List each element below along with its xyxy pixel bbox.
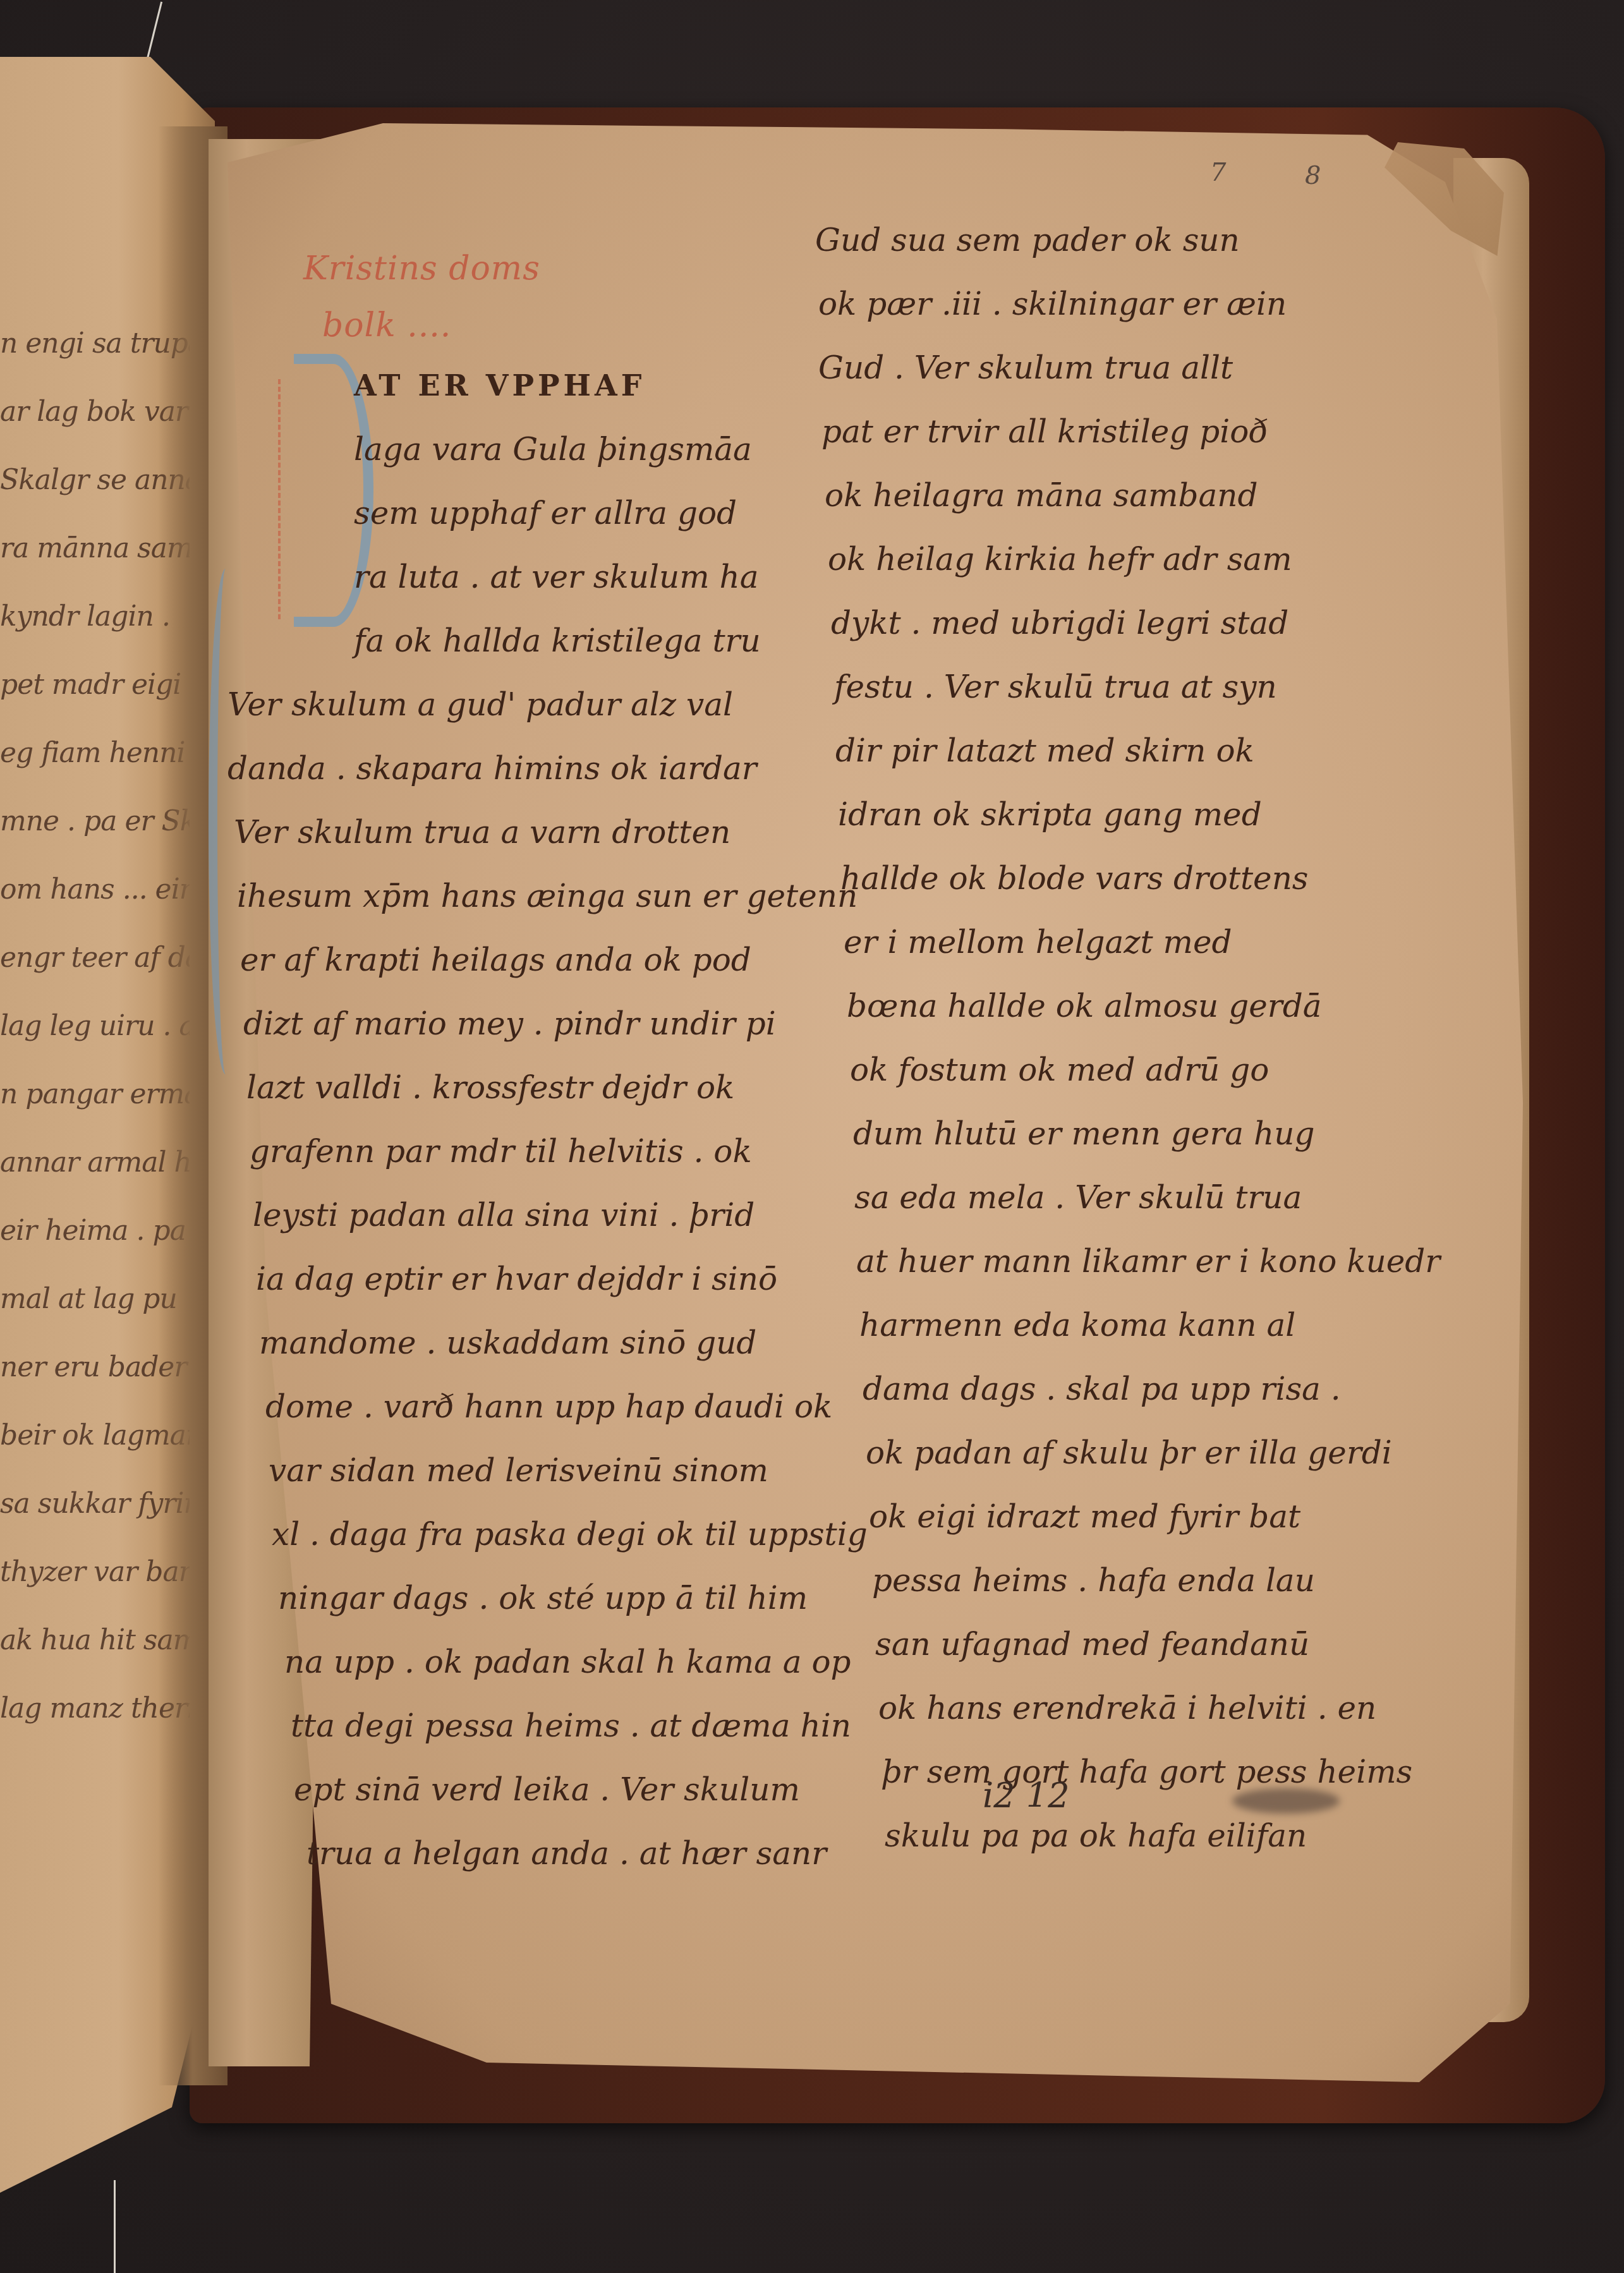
text-line: er i mellom helgazt med	[844, 911, 1440, 974]
rubric-line: Kristins doms	[278, 240, 746, 297]
text-line: fa ok hallda kristilega tru	[354, 609, 868, 673]
text-line: leysti padan alla sina vini . þrid	[253, 1184, 868, 1247]
text-line: ok heilagra māna samband	[825, 464, 1440, 528]
text-line: idran ok skripta gang med	[838, 783, 1440, 847]
text-line: skulu pa pa ok hafa eilifan	[885, 1804, 1440, 1868]
text-line: pessa heims . hafa enda lau	[872, 1549, 1440, 1613]
text-line: dir pir latazt med skirn ok	[835, 719, 1440, 783]
text-line: grafenn par mdr til helvitis . ok	[250, 1120, 868, 1184]
text-line: mandome . uskaddam sinō gud	[259, 1311, 868, 1375]
text-line: dum hlutū er menn gera hug	[853, 1102, 1440, 1166]
text-line: bœna hallde ok almosu gerdā	[847, 974, 1440, 1038]
text-line: lazt valldi . krossfestr dejdr ok	[246, 1056, 868, 1120]
text-line: Gud sua sem pader ok sun	[815, 209, 1440, 272]
text-line: ok heilag kirkia hefr adr sam	[828, 528, 1440, 591]
text-line: xl . daga fra paska degi ok til uppstig	[272, 1503, 868, 1567]
folio-number: 8	[1305, 161, 1321, 190]
text-line: ept sinā verd leika . Ver skulum	[294, 1758, 868, 1822]
text-line: ningar dags . ok sté upp ā til him	[278, 1567, 868, 1630]
text-line: at huer mann likamr er i kono kuedr	[856, 1230, 1440, 1294]
text-line: dama dags . skal pa upp risa .	[863, 1357, 1440, 1421]
text-line: Gud . Ver skulum trua allt	[818, 336, 1440, 400]
folio-number-old: 7	[1210, 158, 1226, 187]
text-line: laga vara Gula þingsmāa	[354, 418, 868, 482]
text-line: ok pær .iii . skilningar er æin	[818, 272, 1440, 336]
pencil-marks: i2 12	[983, 1776, 1070, 1815]
text-line: ok eigi idrazt med fyrir bat	[869, 1485, 1440, 1549]
incipit-heading: AT ER VPPHAF	[354, 354, 868, 418]
text-line: dykt . med ubrigdi legri stad	[831, 591, 1440, 655]
text-line: ok fostum ok med adrū go	[850, 1038, 1440, 1102]
rubric-line: bolk ....	[278, 297, 746, 354]
text-line: sem upphaf er allra god	[354, 482, 868, 545]
text-line: sa eda mela . Ver skulū trua	[854, 1166, 1440, 1230]
text-line: dome . varð hann upp hap daudi ok	[265, 1375, 868, 1439]
text-line: var sidan med lerisveinū sinom	[269, 1439, 868, 1503]
text-line: hallde ok blode vars drottens	[840, 847, 1440, 911]
text-line: Ver skulum trua a varn drotten	[234, 801, 868, 864]
text-line: ia dag eptir er hvar dejddr i sinō	[256, 1247, 868, 1311]
text-line: trua a helgan anda . at hær sanr	[306, 1822, 868, 1886]
text-line: ihesum xp̄m hans æinga sun er getenn	[237, 864, 868, 928]
text-line: harmenn eda koma kann al	[859, 1294, 1440, 1357]
thread-bottom	[114, 2180, 116, 2273]
text-line: danda . skapara himins ok iardar	[227, 737, 868, 801]
text-line: þr sem gort hafa gort pess heims	[882, 1740, 1440, 1804]
text-column-right: Gud sua sem pader ok sun ok pær .iii . s…	[815, 209, 1440, 1868]
text-line: ra luta . at ver skulum ha	[354, 545, 868, 609]
text-line: san ufagnad med feandanū	[875, 1613, 1440, 1676]
text-line: tta degi pessa heims . at dæma hin	[291, 1694, 868, 1758]
text-line: Ver skulum a gud' padur alz val	[227, 673, 868, 737]
text-line: ok hans erendrekā i helviti . en	[878, 1676, 1440, 1740]
text-line: festu . Ver skulū trua at syn	[834, 655, 1440, 719]
text-line: ok padan af skulu þr er illa gerdi	[866, 1421, 1440, 1485]
rubric-heading: Kristins doms bolk ....	[278, 240, 746, 354]
text-line: dizt af mario mey . pindr undir pi	[243, 992, 868, 1056]
text-line: na upp . ok padan skal h kama a op	[284, 1630, 868, 1694]
text-line: er af krapti heilags anda ok pod	[240, 928, 868, 992]
text-line: pat er trvir all kristileg pioð	[821, 400, 1440, 464]
ink-smudge	[1232, 1788, 1340, 1814]
text-column-left: AT ER VPPHAF laga vara Gula þingsmāa sem…	[354, 354, 868, 1886]
